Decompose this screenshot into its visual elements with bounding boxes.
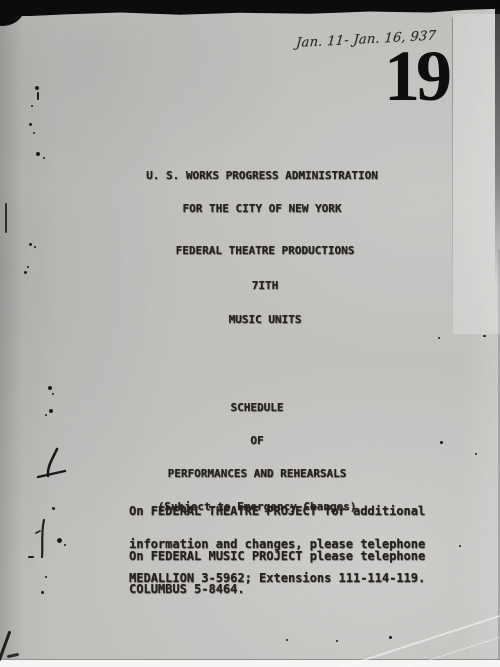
ink-speck — [45, 414, 47, 416]
ink-speck — [52, 507, 55, 510]
ink-speck — [31, 105, 33, 107]
ink-speck — [41, 591, 44, 594]
ink-speck — [29, 243, 32, 246]
music-note-line-1: On FEDERAL MUSIC PROJECT please telephon… — [129, 551, 425, 562]
ink-speck — [459, 545, 461, 547]
title-line-2: 7ITH — [143, 280, 387, 292]
music-project-note: On FEDERAL MUSIC PROJECT please telephon… — [129, 528, 425, 618]
ink-speck — [34, 246, 36, 248]
music-note-line-2: COLUMBUS 5-8464. — [129, 584, 425, 595]
title-line-3: MUSIC UNITS — [143, 314, 387, 326]
ink-speck — [440, 441, 443, 444]
left-margin-dash-mark — [5, 203, 7, 233]
ink-speck — [52, 393, 54, 395]
title-line-1: FEDERAL THEATRE PRODUCTIONS — [143, 245, 387, 257]
ink-speck — [48, 386, 52, 390]
ink-speck — [37, 92, 39, 100]
ink-speck — [483, 335, 486, 337]
ink-speck — [336, 640, 338, 642]
schedule-line-1: SCHEDULE — [132, 402, 382, 413]
scanned-document-page: Jan. 11- Jan. 16, 937 19 U. S. WORKS PRO… — [0, 0, 500, 667]
ink-speck — [43, 157, 45, 159]
ink-speck — [438, 337, 440, 339]
agency-line-2: FOR THE CITY OF NEW YORK — [140, 203, 384, 214]
document-title: FEDERAL THEATRE PRODUCTIONS 7ITH MUSIC U… — [143, 222, 387, 349]
agency-line-1: U. S. WORKS PROGRESS ADMINISTRATION — [140, 170, 384, 181]
ink-speck — [24, 271, 27, 274]
ink-speck — [64, 544, 66, 546]
ink-speck — [27, 266, 29, 268]
ink-speck — [389, 636, 392, 639]
ink-speck — [28, 556, 34, 558]
theatre-note-line-1: On FEDERAL THEATRE PROJECT for additiona… — [129, 506, 425, 517]
ink-speck — [29, 123, 32, 126]
underlying-page-edge-area — [453, 14, 500, 334]
ink-speck — [36, 152, 40, 156]
page-number: 19 — [384, 40, 448, 112]
ink-speck — [57, 538, 62, 543]
ink-speck — [49, 409, 53, 413]
ink-speck — [45, 576, 47, 578]
ink-speck — [33, 132, 35, 134]
ink-speck — [35, 86, 39, 90]
schedule-line-2: OF — [132, 435, 382, 446]
schedule-line-3: PERFORMANCES AND REHEARSALS — [132, 468, 382, 479]
ink-speck — [286, 639, 288, 641]
ink-speck — [475, 453, 477, 455]
